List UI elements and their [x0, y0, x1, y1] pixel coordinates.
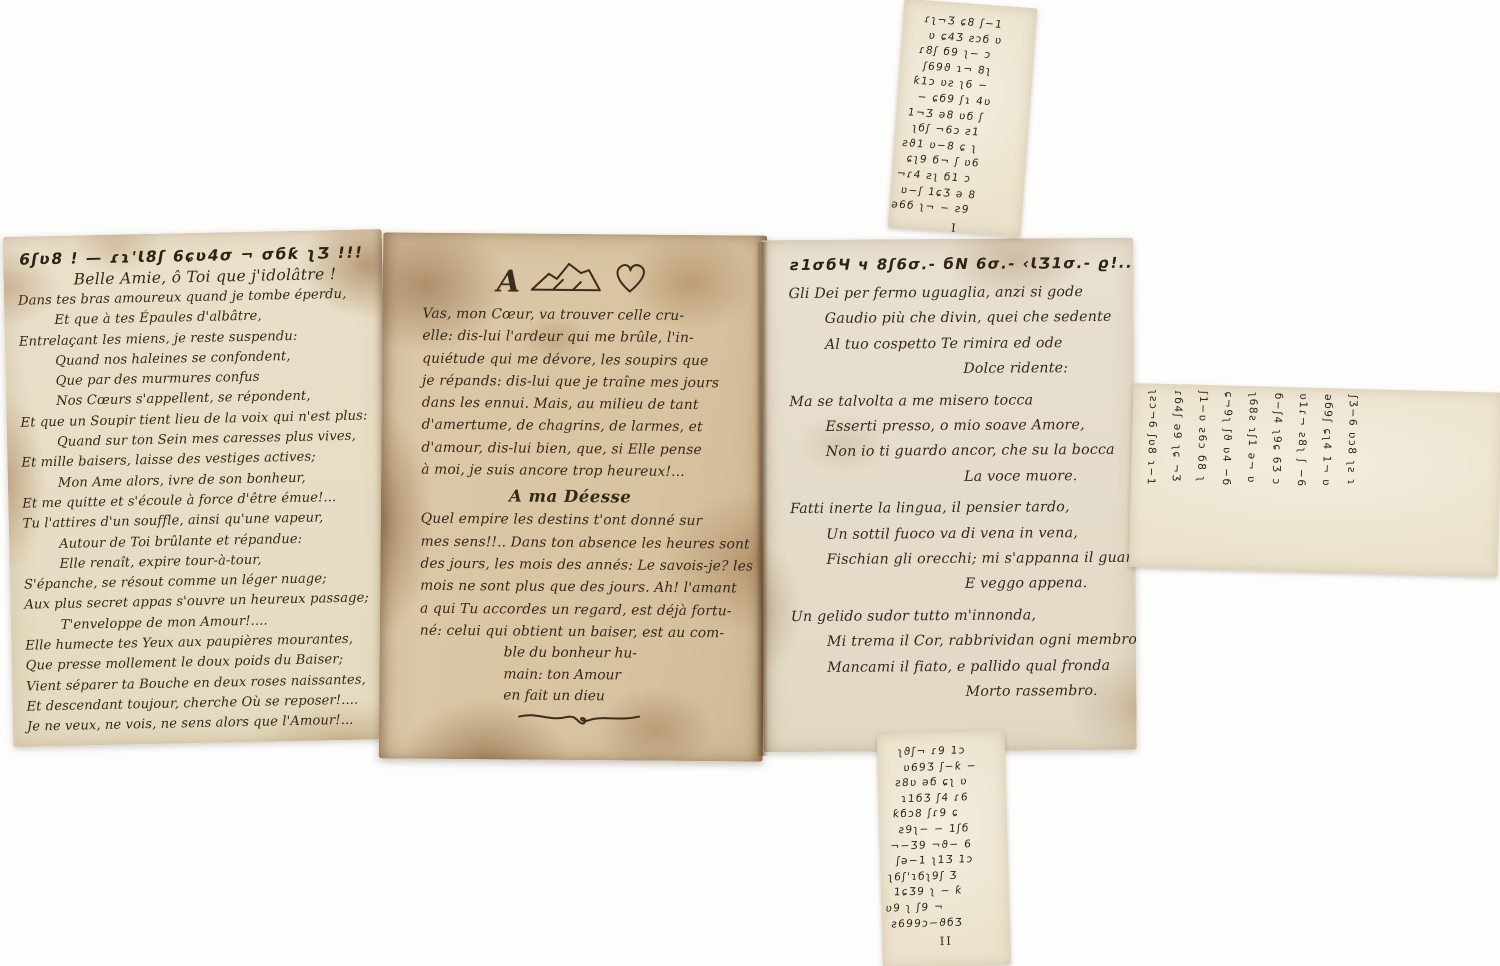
shorthand-column: ʋ1ɾ¬ ƨ8ʅ ʃ −6: [1293, 393, 1309, 553]
shorthand-strip-bottom: ʅϑʃ¬ ɾ9 1ɔʋ69Ʒ ʃ−ƙ −ƨ8ʋ əб ɕʅ ʋɿ1бƷ ʃ4 ɾ…: [877, 730, 1011, 966]
shorthand-column: ʃ1−ʋ ƨ6ɔ б8 ʅ: [1193, 391, 1209, 551]
prose-line: dans les ennui. Mais, au milieu de tant: [422, 392, 748, 417]
shorthand-columns: ʅƨɔ¬6 ʃʋ8 ɿ−1ɾб4ʃ ə9 ʅɕ ¬Ʒʃ1−ʋ ƨ6ɔ б8 ʅɕ…: [1129, 383, 1500, 565]
shorthand-rows: ʅϑʃ¬ ɾ9 1ɔʋ69Ʒ ʃ−ƙ −ƨ8ʋ əб ɕʅ ʋɿ1бƷ ʃ4 ɾ…: [877, 730, 1011, 935]
ode-line: Gli Dei per fermo uguaglia, anzi si gode: [789, 280, 1124, 308]
shorthand-rows: ɾʅ¬Ʒ ɕ8 ʃ−1ʋ ɕ4Ʒ ƨɔб ʋɾ8ʃ б9 ʅ− ɔʃ69ϑ ɿ¬…: [888, 0, 1037, 224]
shorthand-column: б−ʃ4 ʅ9ɕ 6Ʒ ɔ: [1268, 393, 1284, 553]
section-heading: A ma Déesse: [509, 487, 747, 508]
prose-line: elle: dis-lui l'ardeur qui me brûle, l'i…: [422, 325, 748, 350]
prose-line: je répands: dis-lui que je traîne mes jo…: [422, 370, 748, 395]
shorthand-line: ƨ1σбЧ ч 8ʃ6σ.- бΝ 6σ.- ‹ƖƷ1σ.- ϱ!...: [789, 254, 1125, 274]
rebus-drawing: A: [497, 257, 749, 299]
left-page-content: 6ʃʋ8 ! — ɾɿ'Ɩ8ʃ 6ɕʋ4σ ¬ σбƙ ʅƷ !!! Belle…: [3, 229, 393, 747]
rebus-letter-a: A: [497, 267, 521, 297]
shorthand-column: əб9ʃ ɕʅ4 1¬ ʋ: [1318, 394, 1334, 554]
heart-sketch-icon: [612, 260, 648, 298]
prose-line: quiétude qui me dévore, les soupirs que: [422, 347, 748, 372]
prose-line: né: celui qui obtient un baiser, est au …: [420, 620, 746, 645]
prose-line: Vas, mon Cœur, va trouver celle cru-: [422, 303, 748, 328]
ode-line: Un sottil fuoco va di vena in vena,: [826, 520, 1125, 547]
prose-line: d'amertume, de chagrins, de larmes, et: [422, 414, 748, 439]
prose-line: a qui Tu accordes un regard, est déjà fo…: [420, 597, 746, 622]
mountain-sketch-icon: [529, 260, 603, 299]
italian-ode: Gli Dei per fermo uguaglia, anzi si gode…: [789, 280, 1127, 707]
ode-line: Morto rassembro.: [965, 679, 1126, 706]
middle-page-content: A Vas, mon Cœur, va trouver celle cru-el…: [379, 232, 768, 761]
ode-line: Gaudio più che divin, quei che sedente: [825, 305, 1124, 332]
prose-line: Quel empire les destins t'ont donné sur: [421, 508, 747, 533]
shorthand-strip-top: ɾʅ¬Ʒ ɕ8 ʃ−1ʋ ɕ4Ʒ ƨɔб ʋɾ8ʃ б9 ʅ− ɔʃ69ϑ ɿ¬…: [888, 0, 1037, 237]
prose-paragraph: Vas, mon Cœur, va trouver celle cru-elle…: [421, 303, 749, 484]
ode-line: E veggo appena.: [965, 571, 1126, 598]
closing-line: ble du bonheur hu-: [504, 643, 746, 667]
strip-numeral: II: [882, 932, 1010, 950]
flourish-icon: [515, 708, 745, 732]
right-page: ƨ1σбЧ ч 8ʃ6σ.- бΝ 6σ.- ‹ƖƷ1σ.- ϱ!... Gli…: [760, 238, 1137, 753]
prose-line: des jours, les mois des annés: Le savois…: [420, 553, 746, 578]
prose-line: d'amour, dis-lui bien, que, si Elle pens…: [421, 436, 747, 461]
prose-line: à moi, je suis ancore trop heureux!...: [421, 459, 747, 484]
ode-line: Fischian gli orecchi; mi s'appanna il gu…: [826, 546, 1125, 573]
french-poem: Dans tes bras amoureux quand je tombe ép…: [18, 284, 384, 738]
shorthand-column: ɕ¬9ʅ ʃϑ ʋ4 −б: [1218, 391, 1234, 551]
shorthand-column: ɾб4ʃ ə9 ʅɕ ¬Ʒ: [1168, 390, 1184, 550]
shorthand-row: ƨ699ɔ−ϑбƷ: [891, 914, 991, 932]
shorthand-strip-right: ʅƨɔ¬6 ʃʋ8 ɿ−1ɾб4ʃ ə9 ʅɕ ¬Ʒʃ1−ʋ ƨ6ɔ б8 ʅɕ…: [1129, 383, 1500, 577]
ode-line: Esserti presso, o mio soave Amore,: [825, 413, 1124, 440]
closing-line: en fait un dieu: [503, 686, 745, 710]
ode-line: Mancami il fiato, e pallido qual fronda: [827, 653, 1126, 680]
ode-line: Ma se talvolta a me misero tocca: [789, 387, 1124, 415]
shorthand-column: ʅƨɔ¬6 ʃʋ8 ɿ−1: [1143, 389, 1159, 549]
prose-line: mois ne sont plus que des jours. Ah! l'a…: [420, 575, 746, 600]
left-page: 6ʃʋ8 ! — ɾɿ'Ɩ8ʃ 6ɕʋ4σ ¬ σбƙ ʅƷ !!! Belle…: [3, 229, 393, 747]
ode-line: Mi trema il Cor, rabbrividan ogni membro…: [827, 628, 1126, 655]
ode-line: Un gelido sudor tutto m'innonda,: [791, 603, 1126, 631]
prose-paragraph: Quel empire les destins t'ont donné surm…: [420, 508, 747, 645]
shorthand-column: ʃƷ−6 ʋɔ8 ʅƨ ɿ: [1343, 395, 1359, 555]
prose-line: mes sens!!.. Dans ton absence les heures…: [421, 530, 747, 555]
closing-line: main: ton Amour: [503, 664, 745, 688]
middle-page: A Vas, mon Cœur, va trouver celle cru-el…: [379, 232, 768, 761]
right-page-content: ƨ1σбЧ ч 8ʃ6σ.- бΝ 6σ.- ‹ƖƷ1σ.- ϱ!... Gli…: [760, 238, 1137, 753]
ode-line: Al tuo cospetto Te rimira ed ode: [825, 331, 1124, 358]
ode-line: Dolce ridente:: [963, 356, 1124, 383]
shorthand-column: ʅ68ƨ ɿʃ1 ə¬ ʋ: [1243, 392, 1259, 552]
closing-lines: ble du bonheur hu-main: ton Amouren fait…: [419, 642, 746, 709]
ode-line: La voce muore.: [964, 464, 1125, 491]
ode-line: Non io ti guardo ancor, che su la bocca: [826, 438, 1125, 465]
ode-line: Fatti inerte la lingua, il pensier tardo…: [790, 495, 1125, 523]
